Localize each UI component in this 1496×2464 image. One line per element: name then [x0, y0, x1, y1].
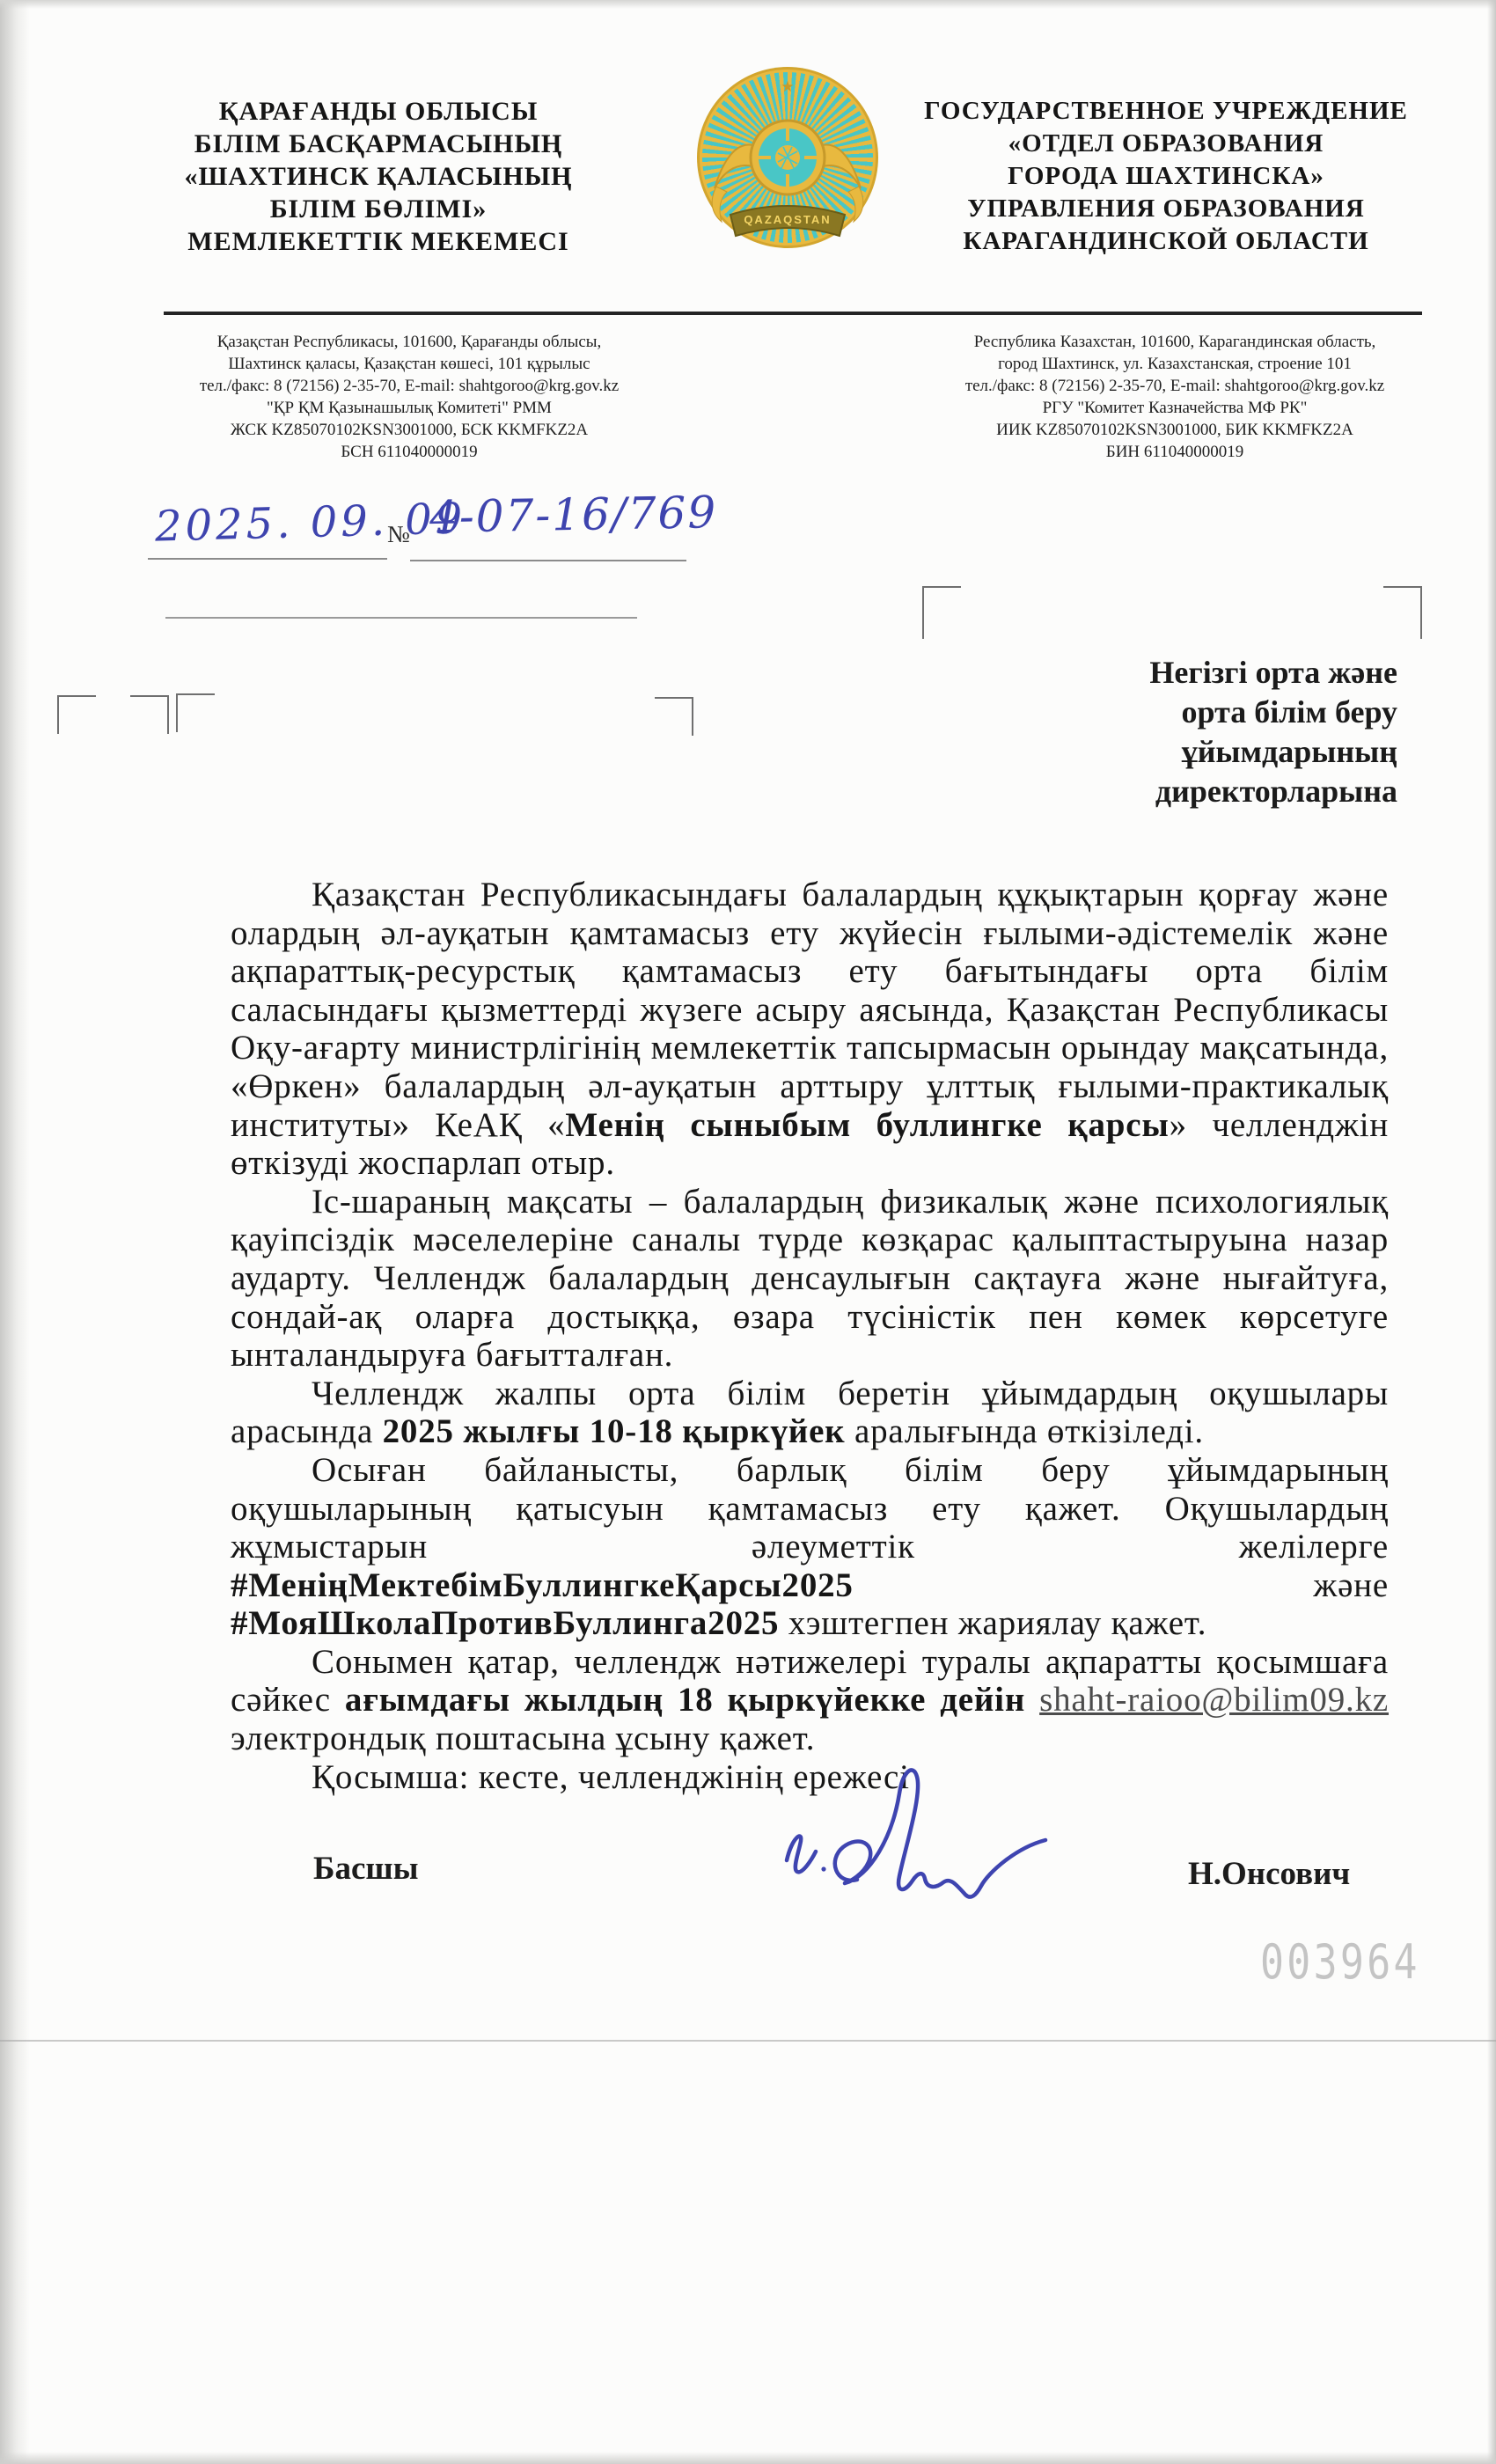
scan-edge-top	[0, 0, 1496, 9]
org-name-line: ГОСУДАРСТВЕННОЕ УЧРЕЖДЕНИЕ	[893, 95, 1439, 128]
emblem-banner-text: QAZAQSTAN	[744, 213, 831, 226]
body-text: Осыған байланысты, барлық білім беру ұйы…	[231, 1451, 1389, 1566]
emblem-shanyrak	[775, 145, 800, 170]
org-name-line: «ШАХТИНСК ҚАЛАСЫНЫҢ	[132, 160, 625, 193]
address-line: БСН 611040000019	[172, 441, 647, 463]
email-address: shaht-raioo@bilim09.kz	[1039, 1681, 1389, 1719]
corner-mark	[922, 586, 961, 639]
stamp-number: 003964	[1260, 1934, 1420, 1990]
address-line: БИН 611040000019	[924, 441, 1426, 463]
recipient-block: Негізгі орта жәнеорта білім беруұйымдары…	[950, 653, 1397, 811]
address-line: город Шахтинск, ул. Казахстанская, строе…	[924, 353, 1426, 375]
body-text: және	[854, 1566, 1389, 1604]
org-name-line: «ОТДЕЛ ОБРАЗОВАНИЯ	[893, 128, 1439, 160]
org-name-line: МЕМЛЕКЕТТІК МЕКЕМЕСІ	[132, 225, 625, 258]
emphasized-text: Менің сыныбым буллингке қарсы	[565, 1106, 1169, 1144]
scanned-letter-page: ҚАРАҒАНДЫ ОБЛЫСЫБІЛІМ БАСҚАРМАСЫНЫҢ«ШАХТ…	[0, 0, 1496, 2464]
body-text: Қазақстан Республикасындағы балалардың қ…	[231, 876, 1389, 1144]
org-name-russian: ГОСУДАРСТВЕННОЕ УЧРЕЖДЕНИЕ«ОТДЕЛ ОБРАЗОВ…	[893, 95, 1439, 258]
paragraph: Сонымен қатар, челлендж нәтижелері турал…	[231, 1643, 1389, 1758]
corner-mark	[1383, 586, 1422, 639]
blank-reference-line	[165, 617, 637, 619]
scan-edge-bottom	[0, 2452, 1496, 2464]
emblem-horse-left	[712, 187, 727, 222]
address-line: ЖСК KZ85070102KSN3001000, БСК KKMFKZ2A	[172, 419, 647, 441]
recipient-line: ұйымдарының	[950, 732, 1397, 772]
body-text: аралығында өткізіледі.	[845, 1412, 1204, 1450]
signature-title: Басшы	[313, 1850, 419, 1888]
body-text: хэштегпен жариялау қажет.	[779, 1604, 1206, 1642]
recipient-line: Негізгі орта және	[950, 653, 1397, 693]
org-address-russian: Республика Казахстан, 101600, Карагандин…	[924, 331, 1426, 463]
signature-name: Н.Онсович	[1188, 1855, 1350, 1893]
org-name-line: УПРАВЛЕНИЯ ОБРАЗОВАНИЯ	[893, 193, 1439, 225]
corner-mark	[655, 697, 693, 736]
emphasized-text: ағымдағы жылдың 18 қыркүйекке дейін	[345, 1681, 1025, 1719]
org-name-line: ҚАРАҒАНДЫ ОБЛЫСЫ	[132, 95, 625, 128]
address-line: РГУ "Комитет Казначейства МФ РК"	[924, 397, 1426, 419]
paragraph: Іс-шараның мақсаты – балалардың физикалы…	[231, 1183, 1389, 1375]
star-icon: ★	[781, 78, 794, 95]
date-underline	[148, 558, 387, 560]
address-line: ИИК KZ85070102KSN3001000, БИК KKMFKZ2A	[924, 419, 1426, 441]
org-name-line: КАРАГАНДИНСКОЙ ОБЛАСТИ	[893, 225, 1439, 258]
emphasized-text: 2025 жылғы 10-18 қыркүйек	[383, 1412, 846, 1450]
emphasized-text: #МеніңМектебімБуллингкеҚарсы2025	[231, 1566, 854, 1604]
emphasized-text: #МояШколаПротивБуллинга2025	[231, 1604, 779, 1642]
address-line: "ҚР ҚМ Қазынашылық Комитеті" РММ	[172, 397, 647, 419]
recipient-line: орта білім беру	[950, 693, 1397, 732]
doc-number-label: №	[387, 521, 410, 548]
org-address-kazakh: Қазақстан Республикасы, 101600, Қарағанд…	[172, 331, 647, 463]
emblem-horse-right	[848, 187, 863, 222]
header-divider	[164, 312, 1422, 315]
address-line: Шахтинск қаласы, Қазақстан көшесі, 101 қ…	[172, 353, 647, 375]
scan-edge-right	[1487, 0, 1496, 2464]
number-underline	[410, 560, 686, 561]
letter-body: Қазақстан Республикасындағы балалардың қ…	[231, 876, 1389, 1796]
address-line: тел./факс: 8 (72156) 2-35-70, E-mail: sh…	[172, 375, 647, 397]
corner-mark	[176, 693, 215, 732]
scan-edge-left	[0, 0, 30, 2464]
scan-fold-line	[0, 2040, 1496, 2042]
corner-mark	[130, 695, 169, 734]
paragraph: Қазақстан Республикасындағы балалардың қ…	[231, 876, 1389, 1183]
paragraph: Челлендж жалпы орта білім беретін ұйымда…	[231, 1375, 1389, 1451]
org-name-line: БІЛІМ БӨЛІМІ»	[132, 193, 625, 225]
body-text: Іс-шараның мақсаты – балалардың физикалы…	[231, 1183, 1389, 1374]
org-name-line: БІЛІМ БАСҚАРМАСЫНЫҢ	[132, 128, 625, 160]
paragraph: Осыған байланысты, барлық білім беру ұйы…	[231, 1451, 1389, 1643]
outgoing-date-handwritten: 2025. 09. 09	[154, 494, 466, 551]
recipient-line: директорларына	[950, 772, 1397, 811]
address-line: тел./факс: 8 (72156) 2-35-70, E-mail: sh…	[924, 375, 1426, 397]
emblem-detail: ★ QAZAQSTAN	[697, 67, 878, 259]
kazakhstan-emblem: ★ QAZAQSTAN	[697, 67, 878, 259]
handwritten-signature	[773, 1753, 1065, 1940]
doc-number-handwritten: 4-07-16/769	[429, 487, 718, 543]
address-line: Республика Казахстан, 101600, Карагандин…	[924, 331, 1426, 353]
body-text: электрондық поштасына ұсыну қажет.	[231, 1720, 815, 1757]
address-line: Қазақстан Республикасы, 101600, Қарағанд…	[172, 331, 647, 353]
org-name-line: ГОРОДА ШАХТИНСКА»	[893, 160, 1439, 193]
org-name-kazakh: ҚАРАҒАНДЫ ОБЛЫСЫБІЛІМ БАСҚАРМАСЫНЫҢ«ШАХТ…	[132, 95, 625, 258]
body-text	[1025, 1681, 1039, 1719]
corner-mark	[57, 695, 96, 734]
